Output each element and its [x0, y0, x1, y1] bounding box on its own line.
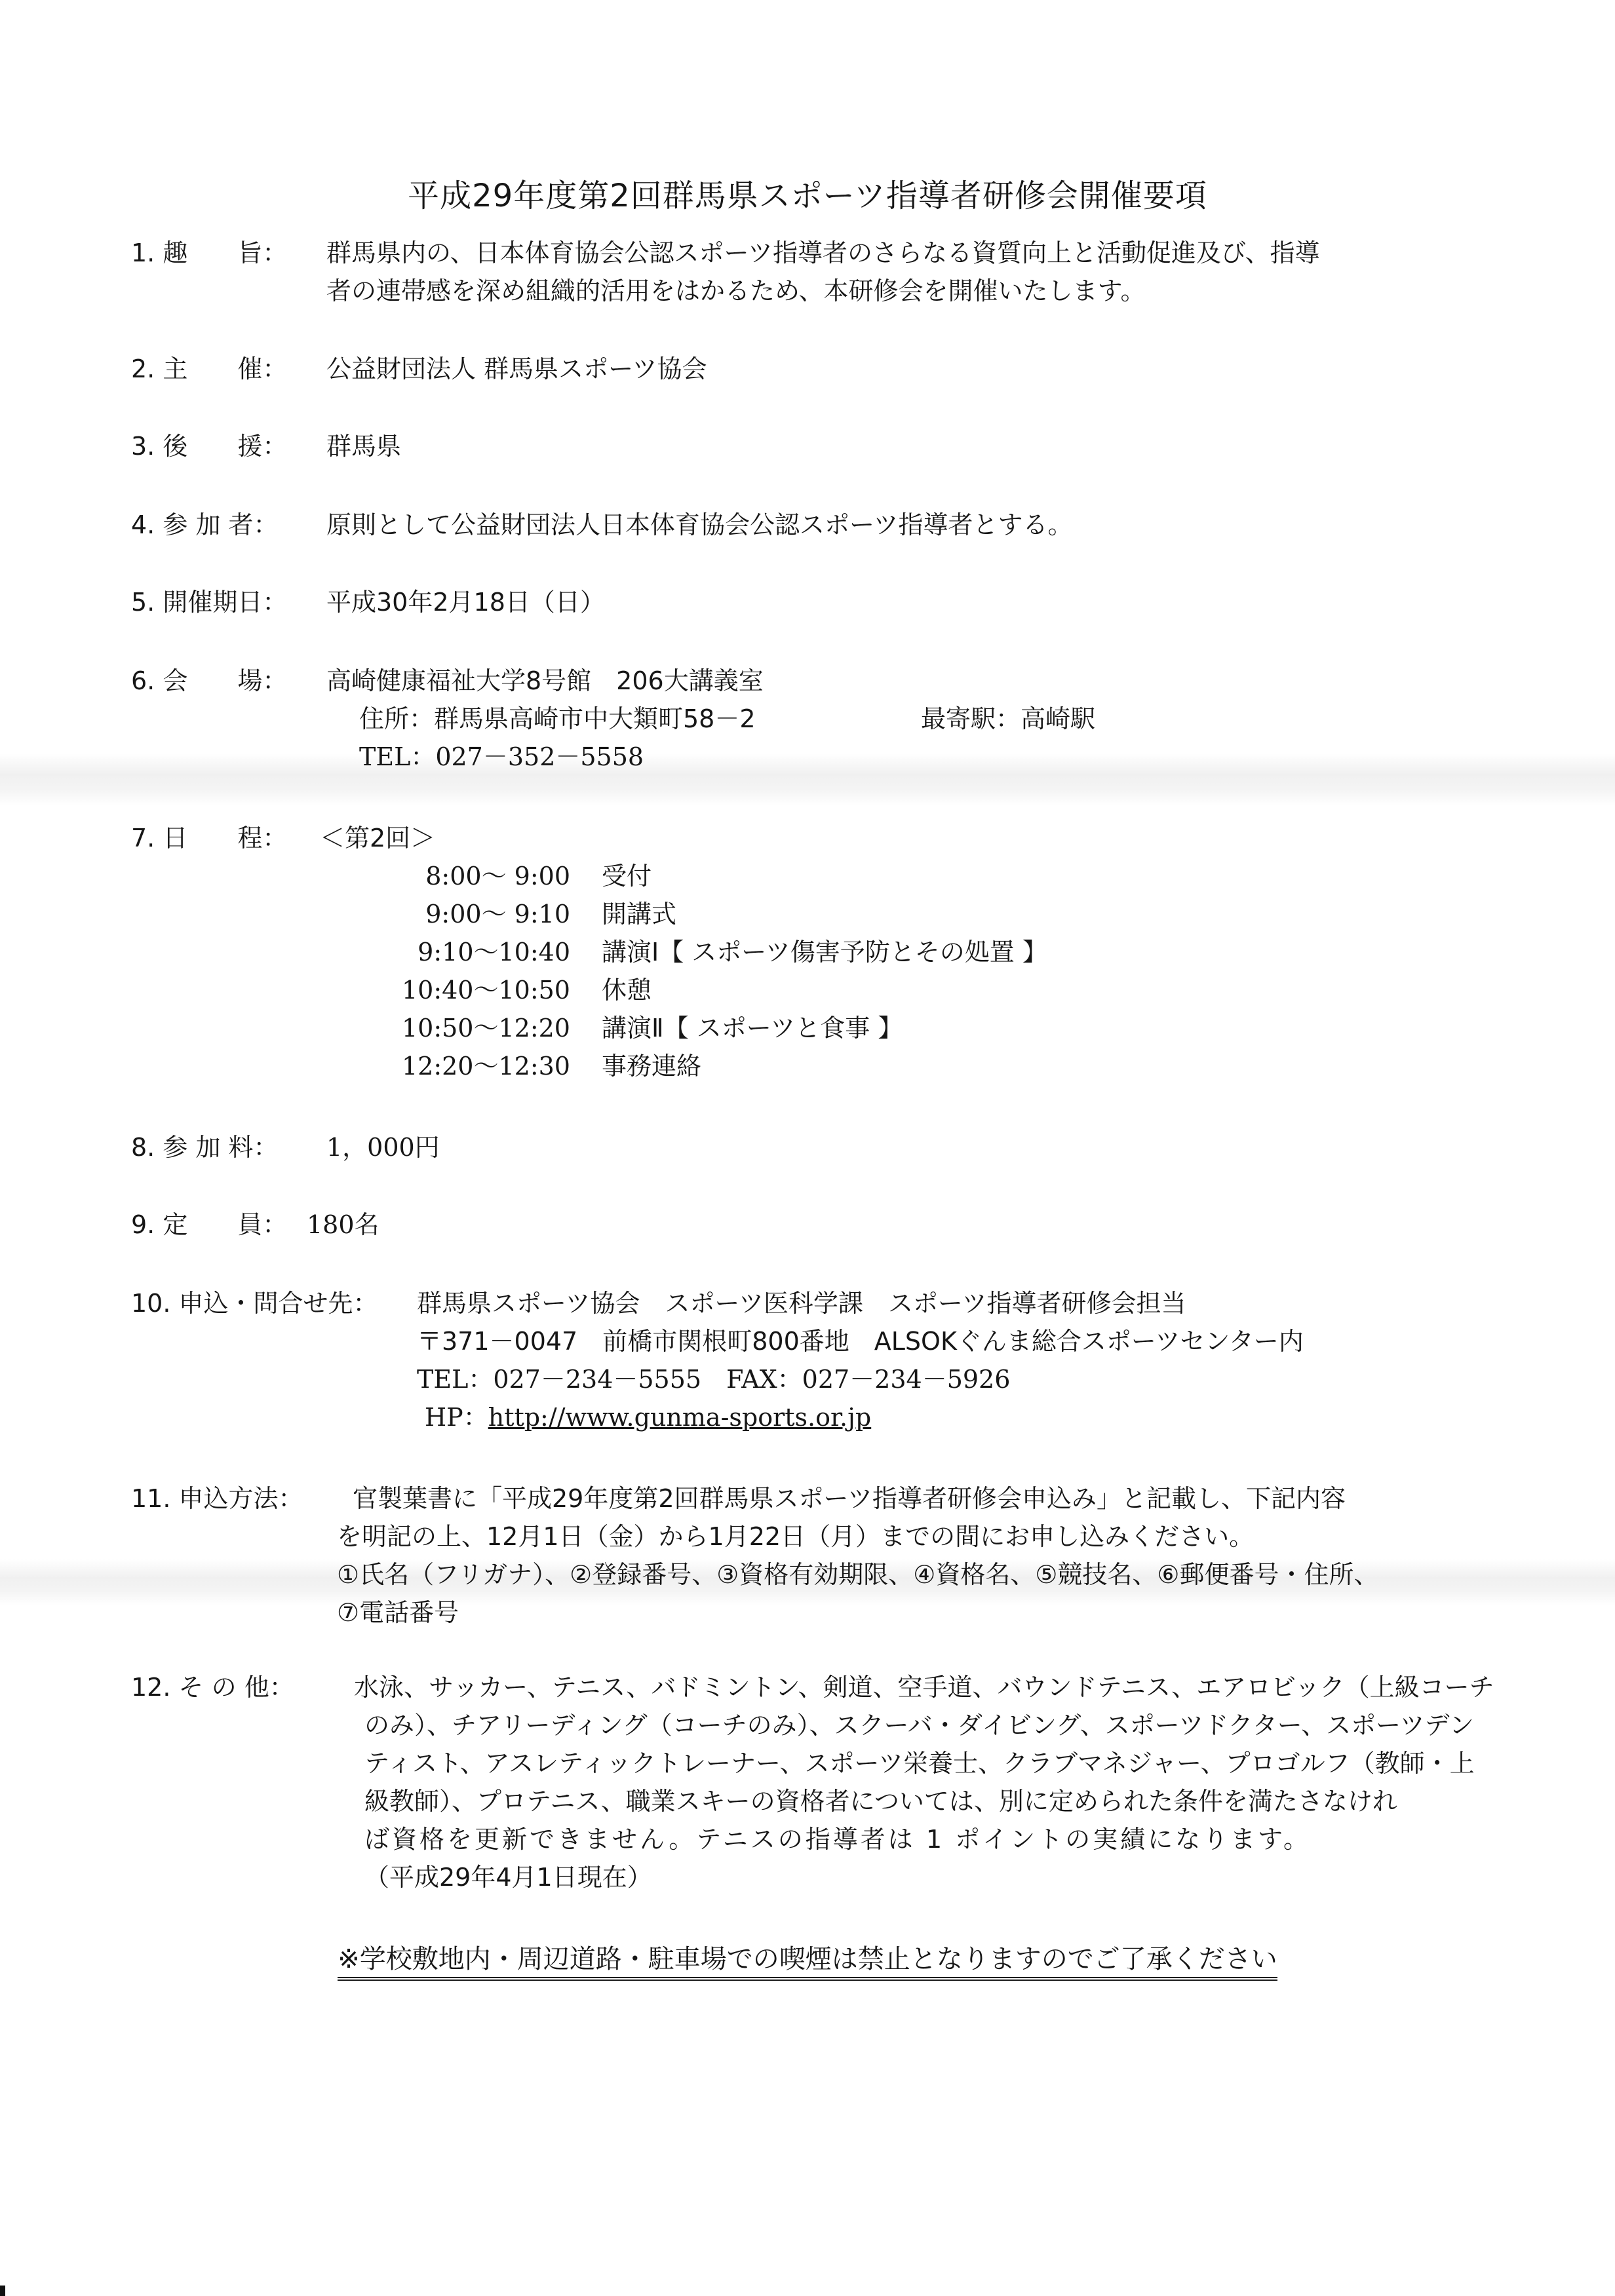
section-label: 6. 会 場：: [131, 662, 287, 700]
schedule-row: 9:00～ 9:10開講式: [341, 895, 1047, 933]
fee-value: 1，000円: [326, 1128, 440, 1166]
no-smoking-notice: ※学校敷地内・周辺道路・駐車場での喫煙は禁止となりますのでご了承ください: [0, 1938, 1615, 1976]
section-value: ティスト、アスレティックトレーナー、スポーツ栄養士、クラブマネジャー、プロゴルフ…: [364, 1744, 1475, 1782]
venue-phone: TEL：027－352－5558: [359, 738, 644, 776]
schedule-time: 12:20～12:30: [341, 1047, 570, 1085]
section-value: を明記の上、12月1日（金）から1月22日（月）までの間にお申し込みください。: [337, 1518, 1254, 1556]
section-value: のみ）、チアリーディング（コーチのみ）、スクーバ・ダイビング、スポーツドクター、…: [364, 1706, 1474, 1744]
section-value: 級教師）、プロテニス、職業スキーの資格者については、別に定められた条件を満たさな…: [364, 1782, 1397, 1820]
schedule-desc: 講演Ⅰ【 スポーツ傷害予防とその処置 】: [602, 933, 1047, 971]
section-value: ば資格を更新できません。テニスの指導者は 1 ポイントの実績になります。: [364, 1820, 1311, 1858]
contact-phone-fax: TEL：027－234－5555 FAX：027－234－5926: [417, 1360, 1010, 1398]
contact-department: 群馬県スポーツ協会 スポーツ医科学課 スポーツ指導者研修会担当: [417, 1284, 1186, 1322]
section-label: 8. 参 加 料：: [131, 1128, 279, 1166]
schedule-row: 12:20～12:30事務連絡: [341, 1047, 1047, 1085]
event-date: 平成30年2月18日（日）: [326, 583, 605, 621]
section-label: 7. 日 程：: [131, 819, 287, 857]
section-label: 3. 後 援：: [131, 427, 287, 465]
schedule-time: 9:10～10:40: [341, 933, 570, 971]
schedule-desc: 講演Ⅱ【 スポーツと食事 】: [602, 1009, 903, 1047]
section-label: 2. 主 催：: [131, 350, 287, 388]
schedule-row: 8:00～ 9:00受付: [341, 857, 1047, 895]
schedule-desc: 開講式: [602, 895, 676, 933]
section-label: 10. 申込・問合せ先：: [131, 1284, 378, 1322]
section-value: 水泳、サッカー、テニス、バドミントン、剣道、空手道、バウンドテニス、エアロビック…: [354, 1668, 1494, 1706]
scan-artifact-band: [0, 754, 1615, 806]
document-title: 平成29年度第2回群馬県スポーツ指導者研修会開催要項: [0, 170, 1615, 216]
venue-address: 住所：群馬県高崎市中大類町58－2: [359, 700, 756, 738]
contact-homepage: HP：http://www.gunma-sports.or.jp: [425, 1398, 871, 1436]
section-label: 12. そ の 他：: [131, 1668, 294, 1706]
required-items: ⑦電話番号: [337, 1594, 459, 1632]
schedule-time: 10:50～12:20: [341, 1009, 570, 1047]
section-value: 者の連帯感を深め組織的活用をはかるため、本研修会を開催いたします。: [326, 272, 1145, 310]
schedule-time: 9:00～ 9:10: [341, 895, 570, 933]
section-value: 公益財団法人 群馬県スポーツ協会: [326, 350, 707, 388]
contact-address: 〒371－0047 前橋市関根町800番地 ALSOKぐんま総合スポーツセンター…: [417, 1322, 1304, 1360]
capacity-value: 180名: [307, 1206, 379, 1244]
section-label: 11. 申込方法：: [131, 1480, 303, 1518]
schedule-row: 9:10～10:40講演Ⅰ【 スポーツ傷害予防とその処置 】: [341, 933, 1047, 971]
notice-text: ※学校敷地内・周辺道路・駐車場での喫煙は禁止となりますのでご了承ください: [338, 1944, 1277, 1981]
section-label: 5. 開催期日：: [131, 583, 287, 621]
schedule-list: 8:00～ 9:00受付 9:00～ 9:10開講式 9:10～10:40講演Ⅰ…: [341, 857, 1047, 1085]
schedule-desc: 事務連絡: [602, 1047, 701, 1085]
schedule-row: 10:50～12:20講演Ⅱ【 スポーツと食事 】: [341, 1009, 1047, 1047]
section-value: 群馬県内の、日本体育協会公認スポーツ指導者のさらなる資質向上と活動促進及び、指導: [326, 234, 1319, 272]
section-label: 1. 趣 旨：: [131, 234, 287, 272]
section-label: 4. 参 加 者：: [131, 506, 279, 544]
required-items: ①氏名（フリガナ）、②登録番号、③資格有効期限、④資格名、⑤競技名、⑥郵便番号・…: [337, 1556, 1379, 1594]
section-value: 群馬県: [326, 427, 401, 465]
section-value: 原則として公益財団法人日本体育協会公認スポーツ指導者とする。: [326, 506, 1072, 544]
section-label: 9. 定 員：: [131, 1206, 287, 1244]
section-value: 官製葉書に「平成29年度第2回群馬県スポーツ指導者研修会申込み」と記載し、下記内…: [353, 1480, 1346, 1518]
scan-artifact-mark: [0, 2286, 5, 2296]
schedule-row: 10:40～10:50休憩: [341, 971, 1047, 1009]
venue-name: 高崎健康福祉大学8号館 206大講義室: [326, 662, 764, 700]
schedule-desc: 受付: [602, 857, 652, 895]
schedule-time: 8:00～ 9:00: [341, 857, 570, 895]
homepage-link[interactable]: http://www.gunma-sports.or.jp: [488, 1403, 871, 1432]
as-of-date: （平成29年4月1日現在）: [364, 1858, 652, 1896]
schedule-desc: 休憩: [602, 971, 652, 1009]
schedule-time: 10:40～10:50: [341, 971, 570, 1009]
session-heading: ＜第2回＞: [320, 819, 435, 857]
nearest-station: 最寄駅：高崎駅: [921, 700, 1095, 738]
